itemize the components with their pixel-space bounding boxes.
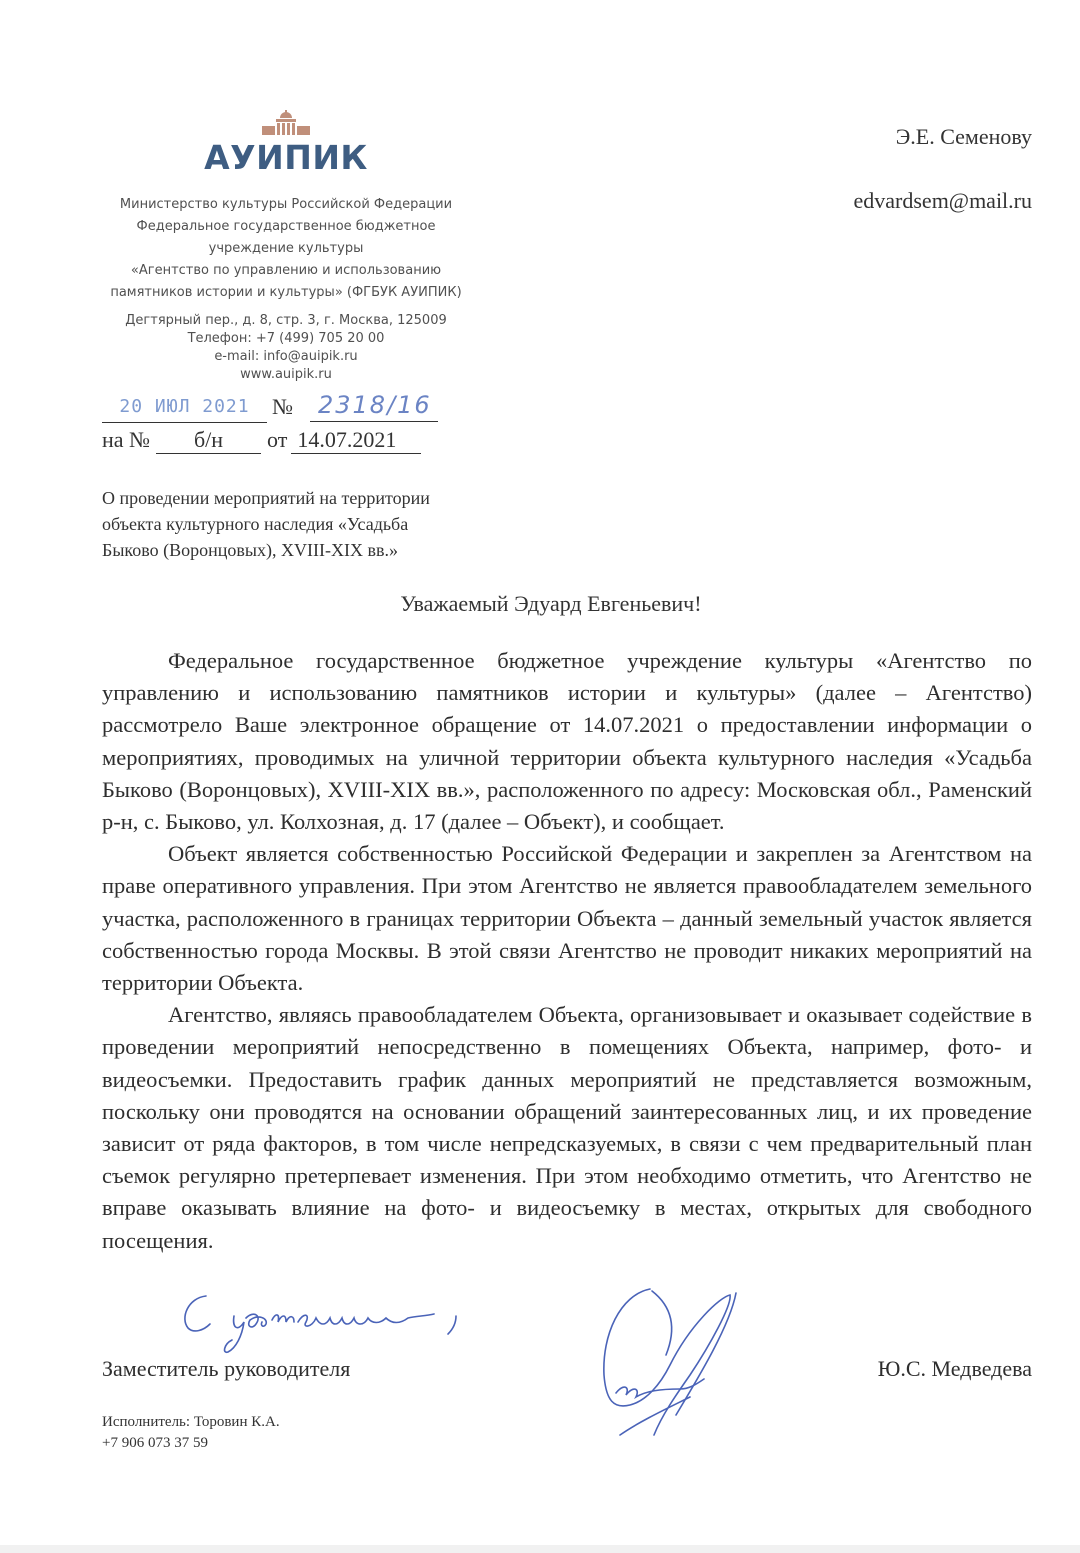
executor-block: Исполнитель: Торовин К.А. +7 906 073 37 …: [102, 1412, 280, 1454]
executor-phone: +7 906 073 37 59: [102, 1433, 280, 1454]
registration-outgoing: 20 ИЮЛ 2021 № 2318/16: [102, 392, 442, 424]
subject-line: О проведении мероприятий на территории: [102, 485, 522, 511]
executor-name: Исполнитель: Торовин К.А.: [102, 1412, 280, 1433]
org-line: памятников истории и культуры» (ФГБУК АУ…: [100, 282, 472, 304]
reply-prefix: на №: [102, 427, 150, 453]
org-website: www.auipik.ru: [100, 366, 472, 384]
reply-date: 14.07.2021: [291, 427, 421, 454]
signer-position: Заместитель руководителя: [102, 1356, 350, 1382]
from-label: от: [267, 427, 287, 453]
reply-number: б/н: [156, 427, 261, 454]
outgoing-number: 2318/16: [310, 392, 438, 422]
handwritten-closing: С уважением,: [176, 1288, 536, 1358]
recipient-email: edvardsem@mail.ru: [854, 188, 1032, 214]
signer-name: Ю.С. Медведева: [878, 1356, 1032, 1382]
letterhead: АУИПИК Министерство культуры Российской …: [100, 108, 472, 384]
body-paragraph: Федеральное государственное бюджетное уч…: [102, 645, 1032, 838]
page-bottom-edge: [0, 1545, 1080, 1553]
org-line: «Агентство по управлению и использованию: [100, 260, 472, 282]
recipient-name: Э.Е. Семенову: [854, 124, 1032, 150]
org-address: Дегтярный пер., д. 8, стр. 3, г. Москва,…: [100, 312, 472, 330]
registration-reply: на №б/нот14.07.2021: [102, 427, 442, 454]
body-paragraph: Агентство, являясь правообладателем Объе…: [102, 999, 1032, 1257]
org-line: Федеральное государственное бюджетное: [100, 216, 472, 238]
body-paragraph: Объект является собственностью Российско…: [102, 838, 1032, 999]
building-dome-icon: [254, 108, 318, 140]
org-line: Министерство культуры Российской Федерац…: [100, 194, 472, 216]
recipient-block: Э.Е. Семенову edvardsem@mail.ru: [854, 124, 1032, 214]
number-sign: №: [272, 394, 293, 420]
org-email: e-mail: info@auipik.ru: [100, 348, 472, 366]
letter-body: Федеральное государственное бюджетное уч…: [102, 645, 1032, 1257]
organization-contacts: Дегтярный пер., д. 8, стр. 3, г. Москва,…: [100, 312, 472, 384]
org-line: учреждение культуры: [100, 238, 472, 260]
handwritten-signature-icon: [580, 1285, 770, 1455]
logo-text: АУИПИК: [100, 138, 472, 178]
greeting: Уважаемый Эдуард Евгеньевич!: [0, 591, 1080, 617]
organization-name: Министерство культуры Российской Федерац…: [100, 194, 472, 304]
org-phone: Телефон: +7 (499) 705 20 00: [100, 330, 472, 348]
letter-subject: О проведении мероприятий на территории о…: [102, 485, 522, 563]
date-stamp: 20 ИЮЛ 2021: [102, 392, 267, 423]
subject-line: Быково (Воронцовых), XVIII-XIX вв.»: [102, 537, 522, 563]
subject-line: объекта культурного наследия «Усадьба: [102, 511, 522, 537]
